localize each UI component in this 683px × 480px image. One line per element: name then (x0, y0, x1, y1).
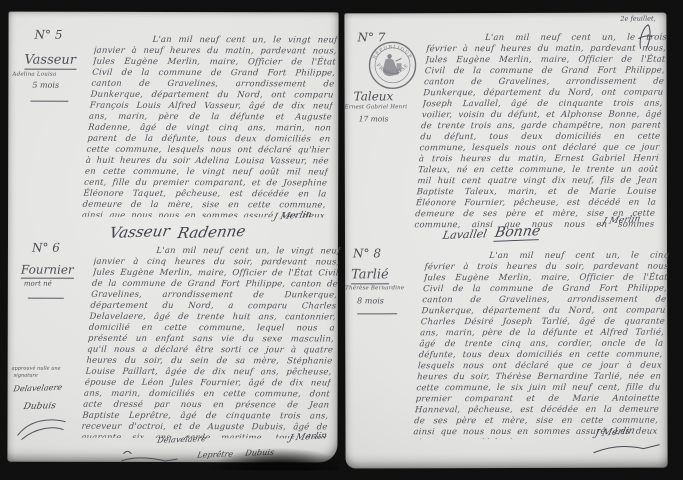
record-8-signature-flourish (592, 441, 664, 457)
record-8-number: N° 8 (353, 246, 381, 260)
record-8-margin-name-text: Tarlié (351, 267, 389, 284)
margin-note-signature-dubuis: Dubuis (23, 401, 57, 412)
record-5-signature-mayor: J Merlin (272, 210, 312, 222)
record-7-act-text: L'an mil neuf cent un, le trois février … (414, 33, 667, 230)
record-8-margin-rule (357, 313, 397, 314)
record-8-margin-age: 8 mois (357, 296, 384, 305)
folio-note: 2e feuillet, (620, 15, 655, 23)
record-5-signature-radenne: Radenne (176, 222, 247, 242)
stamp-text-top: RÉPUBLIQUE (372, 44, 414, 60)
record-7-signature-lavallel: Lavallel (442, 227, 488, 242)
margin-note-line2: signature (14, 373, 38, 379)
record-6-margin-detail: mort né (24, 280, 52, 288)
record-5-margin-age: 5 mois (32, 81, 59, 90)
record-5-number: N° 5 (35, 28, 63, 42)
record-8-margin-name: Tarlié (351, 267, 389, 282)
record-7-margin-detail: Ernest Gabriel Henri (345, 104, 408, 110)
record-6-signature-flourish (119, 448, 181, 466)
record-7-margin-name: Taleux (354, 89, 394, 103)
record-6-margin-name: Fournier (21, 263, 74, 277)
record-5-margin-name: Vasseur (24, 53, 76, 68)
record-6-number: N° 6 (32, 241, 60, 255)
svg-text:RÉPUBLIQUE: RÉPUBLIQUE (372, 44, 414, 60)
record-8-margin-detail: Thérèse Bernardine (345, 285, 404, 291)
record-7-margin-age: 17 mois (359, 114, 389, 123)
record-8-act-text: L'an mil neuf cent un, le cinq février à… (413, 251, 670, 440)
record-6-signature-delavelaere: Delavelaere (156, 434, 206, 445)
record-6-act-text: L'an mil neuf cent un, le vingt neuf jan… (81, 246, 341, 439)
record-6-signature-mayor: J Merlin (288, 431, 328, 443)
record-5-margin-rule (30, 101, 68, 102)
record-6-signature-lepretre: Leprêtre (196, 450, 233, 460)
republique-francaise-stamp: RÉPUBLIQUE FRANÇAISE (368, 41, 416, 89)
record-5-signature-vasseur: Vasseur (108, 222, 171, 242)
register-page-right: 2e feuillet, N° 7 RÉPUBLIQUE FRANÇA (344, 13, 667, 469)
record-6-margin-rule (28, 298, 64, 299)
margin-note-line1: approuvé nulle une (12, 366, 61, 372)
record-6-signature-dubuis: Dubuis (245, 448, 275, 458)
scanned-register-photo: N° 5 Vasseur Adelina Louisa 5 mois L'an … (0, 0, 683, 480)
record-6-margin-name-text: Fournier (21, 263, 74, 279)
record-7-signature-bonne: Bonne (493, 223, 541, 242)
register-page-left: N° 5 Vasseur Adelina Louisa 5 mois L'an … (7, 12, 338, 463)
record-5-margin-detail: Adelina Louisa (12, 72, 56, 78)
margin-note-paraphe-flourish (15, 416, 69, 442)
record-5-margin-name-text: Vasseur (24, 53, 76, 70)
record-5-act-text: L'an mil neuf cent un, le vingt neuf jan… (82, 35, 338, 218)
margin-note-signature-delavelaere: Delavelaere (13, 383, 63, 394)
